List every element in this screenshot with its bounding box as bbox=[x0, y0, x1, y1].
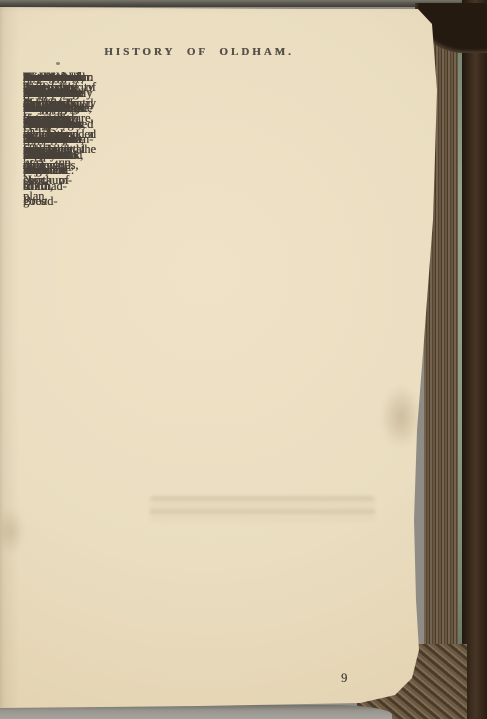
stain-artifact bbox=[372, 372, 430, 462]
running-head: HISTORY OF OLDHAM. bbox=[23, 46, 375, 59]
text-line: about A.D. 547, merged in the kingdom of… bbox=[23, 80, 72, 96]
show-through-artifact bbox=[150, 496, 375, 522]
page-number: 9 bbox=[341, 671, 347, 686]
show-through-artifact bbox=[0, 500, 34, 562]
page-text-block: HISTORY OF OLDHAM. Journal, conjectured … bbox=[23, 44, 375, 70]
book-cover-edge bbox=[462, 0, 487, 719]
book-photo: HISTORY OF OLDHAM. Journal, conjectured … bbox=[0, 0, 487, 719]
table-surface-top bbox=[0, 0, 487, 7]
